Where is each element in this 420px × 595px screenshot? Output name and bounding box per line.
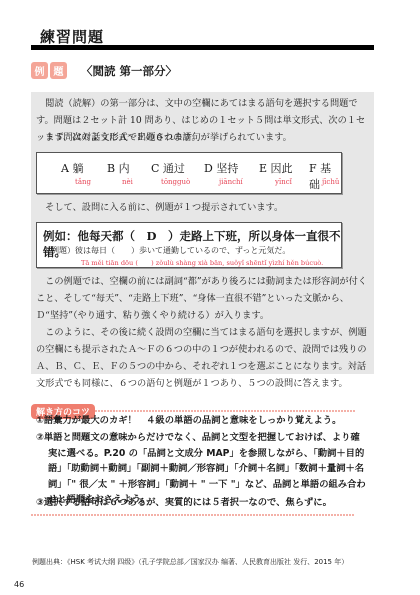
word-choice-c: C 通过 bbox=[151, 160, 185, 176]
word-choice-d: D 坚持 bbox=[204, 160, 238, 176]
explanation-paragraph-1: この例題では、空欄の前には副詞“都”があり後ろには動詞または形容詞が付くこと、そ… bbox=[36, 273, 372, 324]
tip-3: ③選択する語句は６つあるが、実質的には５者択一なので、焦らずに。 bbox=[36, 495, 356, 511]
title-rule bbox=[31, 45, 374, 50]
section-title: 練習問題 bbox=[40, 26, 104, 47]
pinyin-b: nèi bbox=[122, 178, 133, 186]
sample-question-japanese: （例題）彼は毎日（ ）歩いて通勤しているので、ずっと元気だ。 bbox=[43, 245, 290, 256]
word-choice-b: B 内 bbox=[107, 160, 130, 176]
word-choices-box: A 躺 tǎng B 内 nèi C 通过 tōngguò D 坚持 jiānc… bbox=[36, 152, 342, 194]
intro-paragraph-2: まず、次のようにＡ～Ｆの６つの語句が挙げられています。 bbox=[36, 129, 372, 146]
example-tag-2: 題 bbox=[50, 62, 67, 79]
example-heading: 例 題 〈閲読 第一部分〉 bbox=[31, 62, 177, 79]
word-choice-a: A 躺 bbox=[61, 160, 83, 176]
after-words-text: そして、設問に入る前に、例題が１つ提示されています。 bbox=[36, 199, 372, 216]
pinyin-f: jīchǔ bbox=[322, 178, 339, 186]
tips-divider-top bbox=[95, 410, 355, 412]
example-tag-1: 例 bbox=[31, 62, 48, 79]
sample-question-pinyin: Tā měi tiān dōu ( ) zǒulù shàng xià bān,… bbox=[81, 257, 323, 267]
example-subtitle: 〈閲読 第一部分〉 bbox=[81, 63, 177, 79]
tip-1: ①語彙力が最大のカギ！ ４級の単語の品詞と意味をしっかり覚えよう。 bbox=[36, 413, 356, 429]
word-choice-e: E 因此 bbox=[259, 160, 293, 176]
pinyin-a: tǎng bbox=[75, 178, 91, 186]
page-number: 46 bbox=[14, 580, 24, 589]
source-citation: 例題出典：《HSK 考试大纲 四级》（孔子学院总部／国家汉办 编著、人民教育出版… bbox=[32, 557, 348, 567]
explanation-paragraph-2: このように、その後に続く設問の空欄に当てはまる語句を選択しますが、例題の空欄にも… bbox=[36, 324, 372, 392]
pinyin-e: yīncǐ bbox=[275, 178, 292, 186]
tips-divider-bottom bbox=[31, 514, 355, 516]
pinyin-d: jiānchí bbox=[219, 178, 243, 186]
word-choice-f: F 基础 bbox=[309, 160, 341, 192]
pinyin-c: tōngguò bbox=[161, 178, 190, 186]
sample-question-box: 例如：他每天都（ D ）走路上下班，所以身体一直很不错。 （例題）彼は毎日（ ）… bbox=[36, 222, 342, 268]
